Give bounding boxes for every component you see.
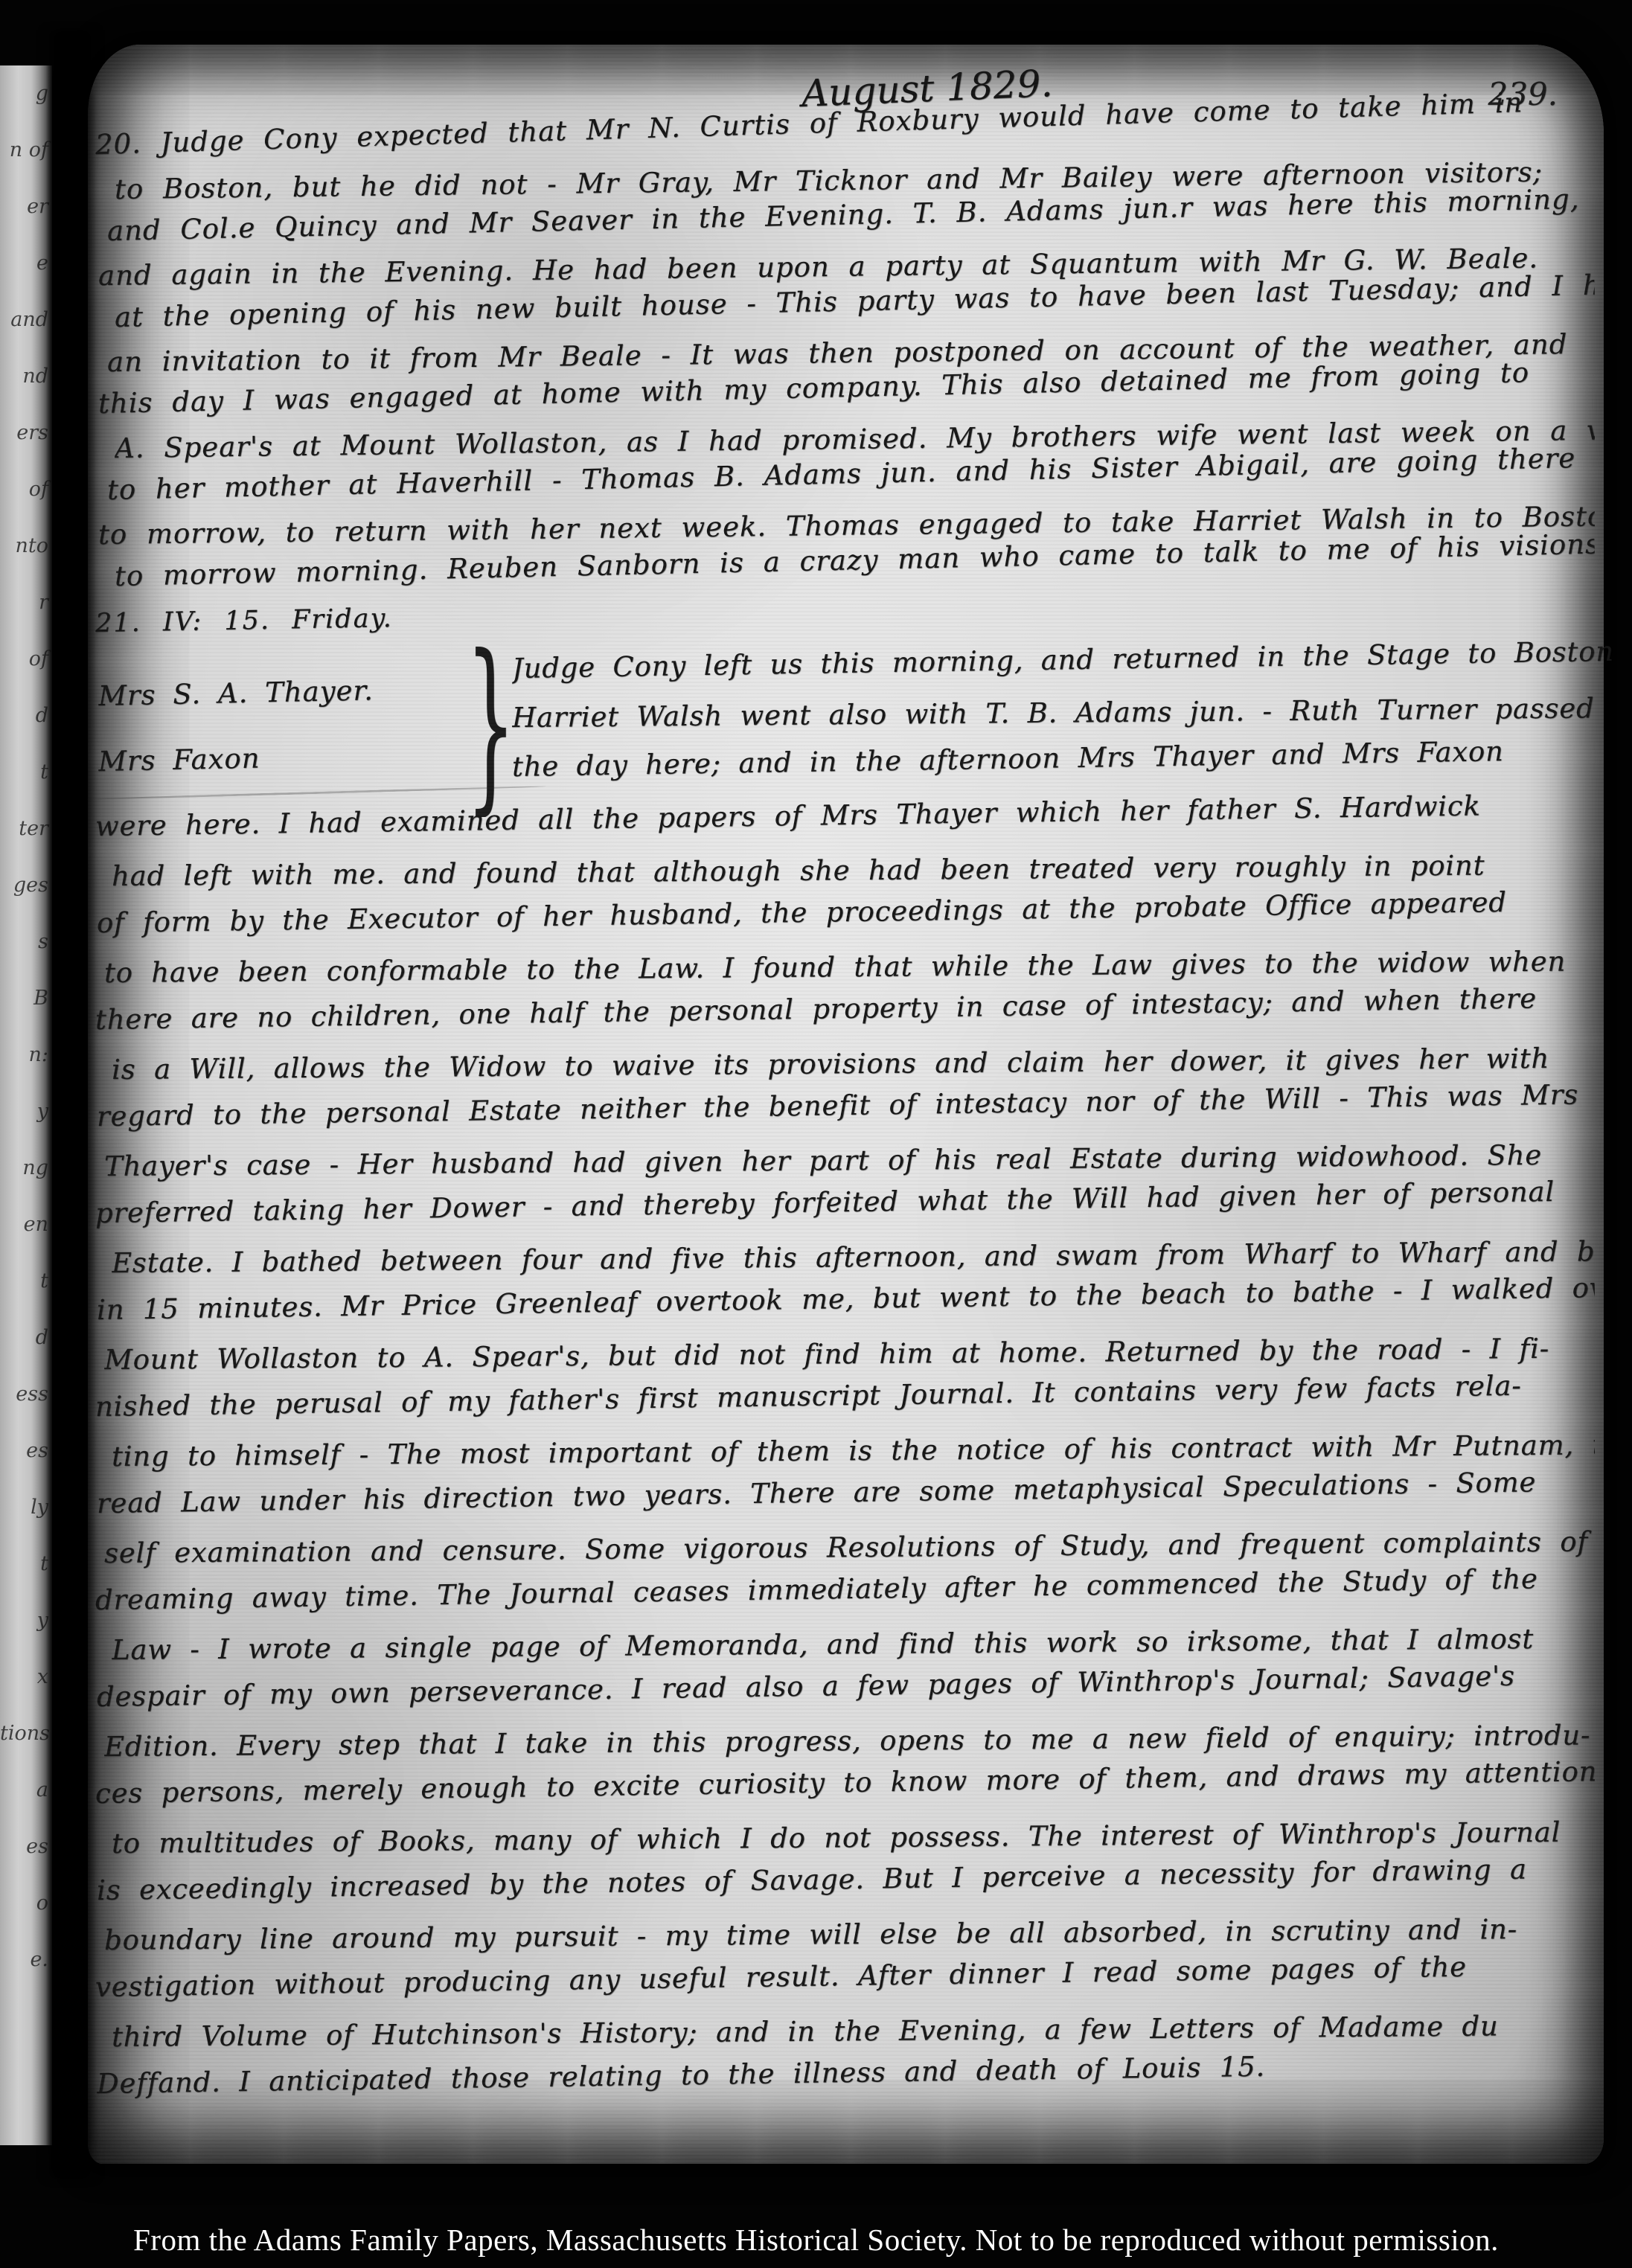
curly-brace-icon: } xyxy=(466,631,516,817)
entry-20-paragraph: 20. Judge Cony expected that Mr N. Curti… xyxy=(95,124,1595,598)
margin-name: Mrs Faxon xyxy=(97,723,374,795)
book-gutter xyxy=(43,30,98,2179)
margin-visitor-names: Mrs S. A. Thayer. Mrs Faxon xyxy=(98,664,374,795)
manuscript-body: 20. Judge Cony expected that Mr N. Curti… xyxy=(88,124,1595,2108)
manuscript-page: August 1829. 239. 20. Judge Cony expecte… xyxy=(88,45,1604,2164)
manuscript-line: Judge Cony left us this morning, and ret… xyxy=(511,627,1614,693)
manuscript-scan-photo: gn ofereandndersofntorofdttergessBn:ynge… xyxy=(0,0,1632,2268)
entry-21-paragraph: were here. I had examined all the papers… xyxy=(95,802,1595,2108)
margin-name: Mrs S. A. Thayer. xyxy=(97,658,374,729)
archive-caption: From the Adams Family Papers, Massachuse… xyxy=(0,2222,1632,2258)
entry-21-indented-lines: Judge Cony left us this morning, and ret… xyxy=(512,644,1614,792)
entry-21-header-block: Mrs S. A. Thayer. Mrs Faxon } Judge Cony… xyxy=(95,644,1595,802)
